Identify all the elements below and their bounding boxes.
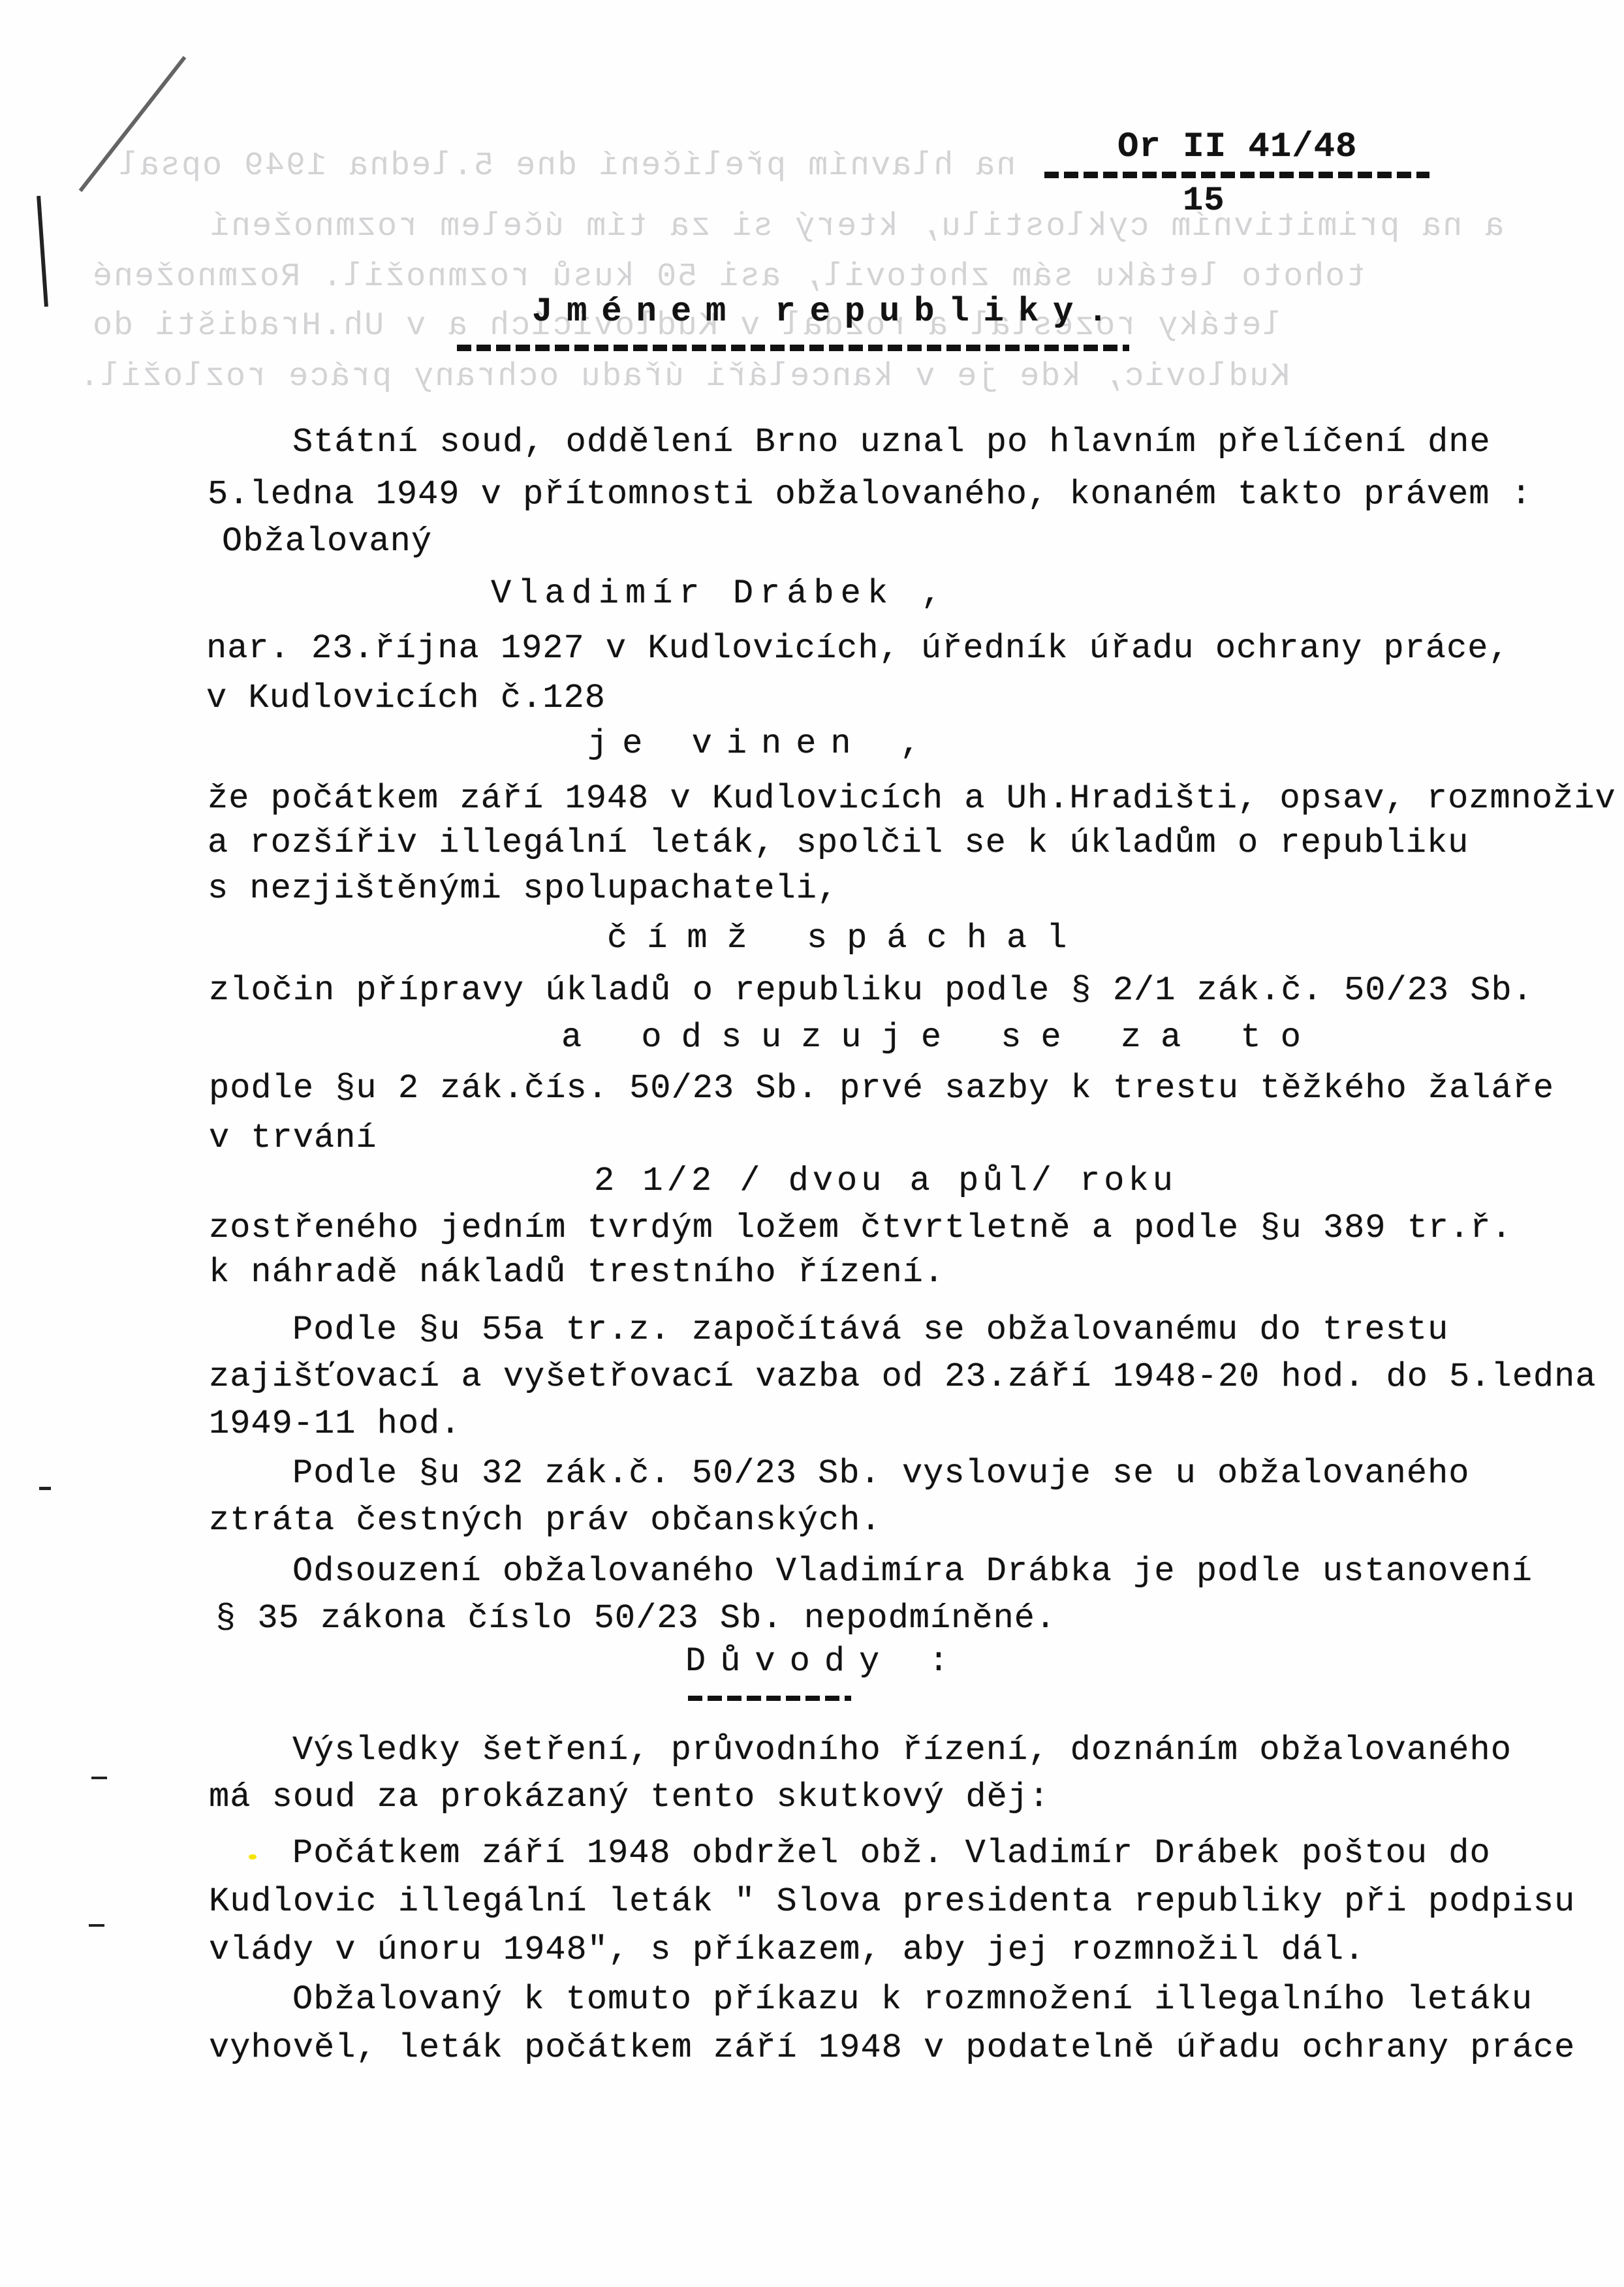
verdict-guilty: je vinen , <box>587 724 935 764</box>
intro-line-2: 5.ledna 1949 v přítomnosti obžalovaného,… <box>208 475 1532 514</box>
sentence-continued-1: zostřeného jedním tvrdým ložem čtvrtletn… <box>209 1209 1512 1248</box>
yellow-highlight-speck <box>249 1854 257 1859</box>
margin-dash <box>91 1777 107 1779</box>
margin-dash <box>39 1487 51 1490</box>
sentence-line-2: v trvání <box>209 1119 377 1158</box>
custody-line-1: Podle §u 55a tr.z. započítává se obžalov… <box>292 1311 1448 1350</box>
reasons-line-5: vlády v únoru 1948", s příkazem, aby jej… <box>209 1931 1365 1970</box>
reasons-line-2: má soud za prokázaný tento skutkový děj: <box>209 1778 1050 1817</box>
committed-label: čímž spáchal <box>607 919 1086 958</box>
unconditional-line-2: § 35 zákona číslo 50/23 Sb. nepodmíněné. <box>215 1599 1056 1638</box>
charge-line-1: že počátkem září 1948 v Kudlovicích a Uh… <box>208 779 1616 818</box>
rights-loss-line-1: Podle §u 32 zák.č. 50/23 Sb. vyslovuje s… <box>292 1454 1469 1493</box>
unconditional-line-1: Odsouzení obžalovaného Vladimíra Drábka … <box>292 1552 1533 1591</box>
case-number-underline <box>1044 172 1429 178</box>
bleed-through-line: a na primitivním cyklostilu, který si za… <box>209 208 1504 247</box>
bleed-through-line: tohoto letáku sám zhotovil, asi 50 kusů … <box>91 258 1366 297</box>
sentence-duration: 2 1/2 / dvou a půl/ roku <box>594 1162 1177 1201</box>
scanned-court-verdict-page: na hlavním přelíčení dne 5.ledna 1949 op… <box>0 0 1624 2287</box>
rights-loss-line-2: ztráta čestných práv občanských. <box>209 1501 882 1540</box>
heading-underline <box>457 345 1129 351</box>
reasons-line-1: Výsledky šetření, průvodního řízení, doz… <box>292 1731 1512 1770</box>
reasons-heading: Důvody : <box>685 1642 963 1681</box>
case-number: Or II 41/48 <box>1117 128 1357 167</box>
charge-line-3: s nezjištěnými spolupachateli, <box>208 869 838 909</box>
crime-description: zločin přípravy úkladů o republiku podle… <box>209 971 1533 1010</box>
reasons-heading-underline <box>688 1696 851 1701</box>
margin-pen-stroke <box>37 196 48 307</box>
sentence-line-1: podle §u 2 zák.čís. 50/23 Sb. prvé sazby… <box>209 1069 1554 1108</box>
document-heading: Jménem republiky. <box>532 292 1123 332</box>
intro-line-1: Státní soud, oddělení Brno uznal po hlav… <box>292 423 1491 462</box>
bleed-through-line: Kudlovic, kde je v kanceláři úřadu ochra… <box>78 358 1290 397</box>
custody-line-2: zajišťovací a vyšetřovací vazba od 23.zá… <box>209 1358 1597 1397</box>
bleed-through-line: na hlavním přelíčení dne 5.ledna 1949 op… <box>117 147 1016 186</box>
reasons-line-7: vyhověl, leták počátkem září 1948 v poda… <box>209 2029 1575 2068</box>
reasons-line-3: Počátkem září 1948 obdržel obž. Vladimír… <box>292 1834 1491 1873</box>
custody-line-3: 1949-11 hod. <box>209 1405 461 1444</box>
reasons-line-4: Kudlovic illegální leták " Slova preside… <box>209 1882 1575 1921</box>
defendant-name: Vladimír Drábek , <box>491 574 948 614</box>
defendant-details-1: nar. 23.října 1927 v Kudlovicích, úřední… <box>206 629 1510 668</box>
page-number: 15 <box>1183 181 1225 221</box>
defendant-details-2: v Kudlovicích č.128 <box>206 679 606 718</box>
defendant-label: Obžalovaný <box>222 522 432 561</box>
sentence-continued-2: k náhradě nákladů trestního řízení. <box>209 1253 945 1292</box>
margin-dash <box>89 1924 104 1927</box>
charge-line-2: a rozšířiv illegální leták, spolčil se k… <box>208 824 1469 863</box>
sentenced-label: a odsuzuje se za to <box>561 1018 1320 1057</box>
reasons-line-6: Obžalovaný k tomuto příkazu k rozmnožení… <box>292 1980 1533 2019</box>
